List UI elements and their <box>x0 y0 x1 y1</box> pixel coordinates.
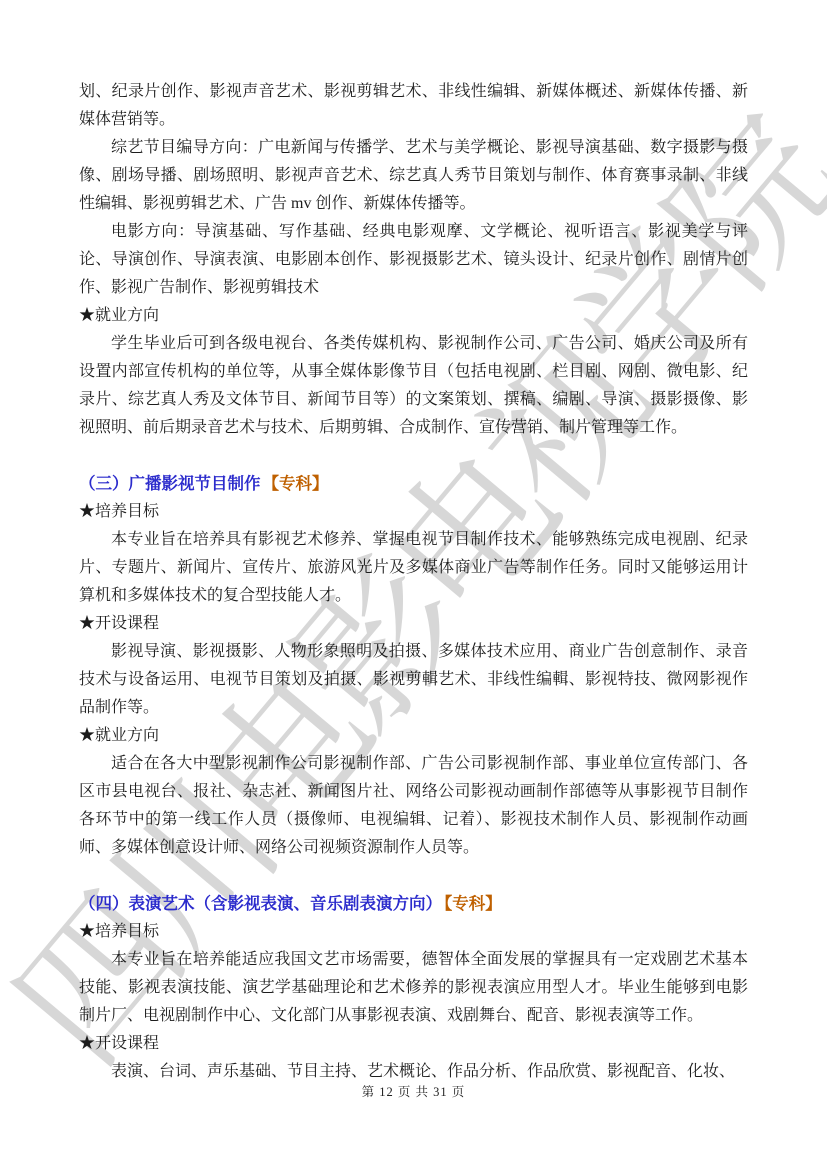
section-tag: 【专科】 <box>444 894 502 913</box>
paragraph: 本专业旨在培养能适应我国文艺市场需要，德智体全面发展的掌握具有一定戏剧艺术基本技… <box>79 946 748 1030</box>
paragraph: 划、纪录片创作、影视声音艺术、影视剪辑艺术、非线性编辑、新媒体概述、新媒体传播、… <box>79 78 748 134</box>
document-body: 划、纪录片创作、影视声音艺术、影视剪辑艺术、非线性编辑、新媒体概述、新媒体传播、… <box>0 0 827 1086</box>
star-heading: ★培养目标 <box>79 918 748 946</box>
section-tag: 【专科】 <box>263 474 329 493</box>
paragraph: 综艺节目编导方向：广电新闻与传播学、艺术与美学概论、影视导演基础、数字摄影与摄像… <box>79 134 748 218</box>
star-heading: ★开设课程 <box>79 610 748 638</box>
paragraph: 影视导演、影视摄影、人物形象照明及拍摄、多媒体技术应用、商业广告创意制作、录音技… <box>79 638 748 722</box>
star-heading: ★就业方向 <box>79 302 748 330</box>
paragraph: 学生毕业后可到各级电视台、各类传媒机构、影视制作公司、广告公司、婚庆公司及所有设… <box>79 330 748 442</box>
document-page: 四川电影电视学院 划、纪录片创作、影视声音艺术、影视剪辑艺术、非线性编辑、新媒体… <box>0 0 827 1169</box>
star-heading: ★就业方向 <box>79 722 748 750</box>
page-footer: 第 12 页 共 31 页 <box>0 1082 827 1100</box>
section-heading: （四）表演艺术（含影视表演、音乐剧表演方向）【专科】 <box>79 890 748 918</box>
star-heading: ★开设课程 <box>79 1030 748 1058</box>
paragraph: 本专业旨在培养具有影视艺术修养、掌握电视节目制作技术、能够熟练完成电视剧、纪录片… <box>79 526 748 610</box>
section-title: （四）表演艺术（含影视表演、音乐剧表演方向） <box>79 894 442 913</box>
paragraph: 电影方向：导演基础、写作基础、经典电影观摩、文学概论、视听语言、影视美学与评论、… <box>79 218 748 302</box>
paragraph: 适合在各大中型影视制作公司影视制作部、广告公司影视制作部、事业单位宣传部门、各区… <box>79 750 748 862</box>
section-title: （三）广播影视节目制作 <box>79 474 261 493</box>
section-heading: （三）广播影视节目制作【专科】 <box>79 470 748 498</box>
star-heading: ★培养目标 <box>79 498 748 526</box>
